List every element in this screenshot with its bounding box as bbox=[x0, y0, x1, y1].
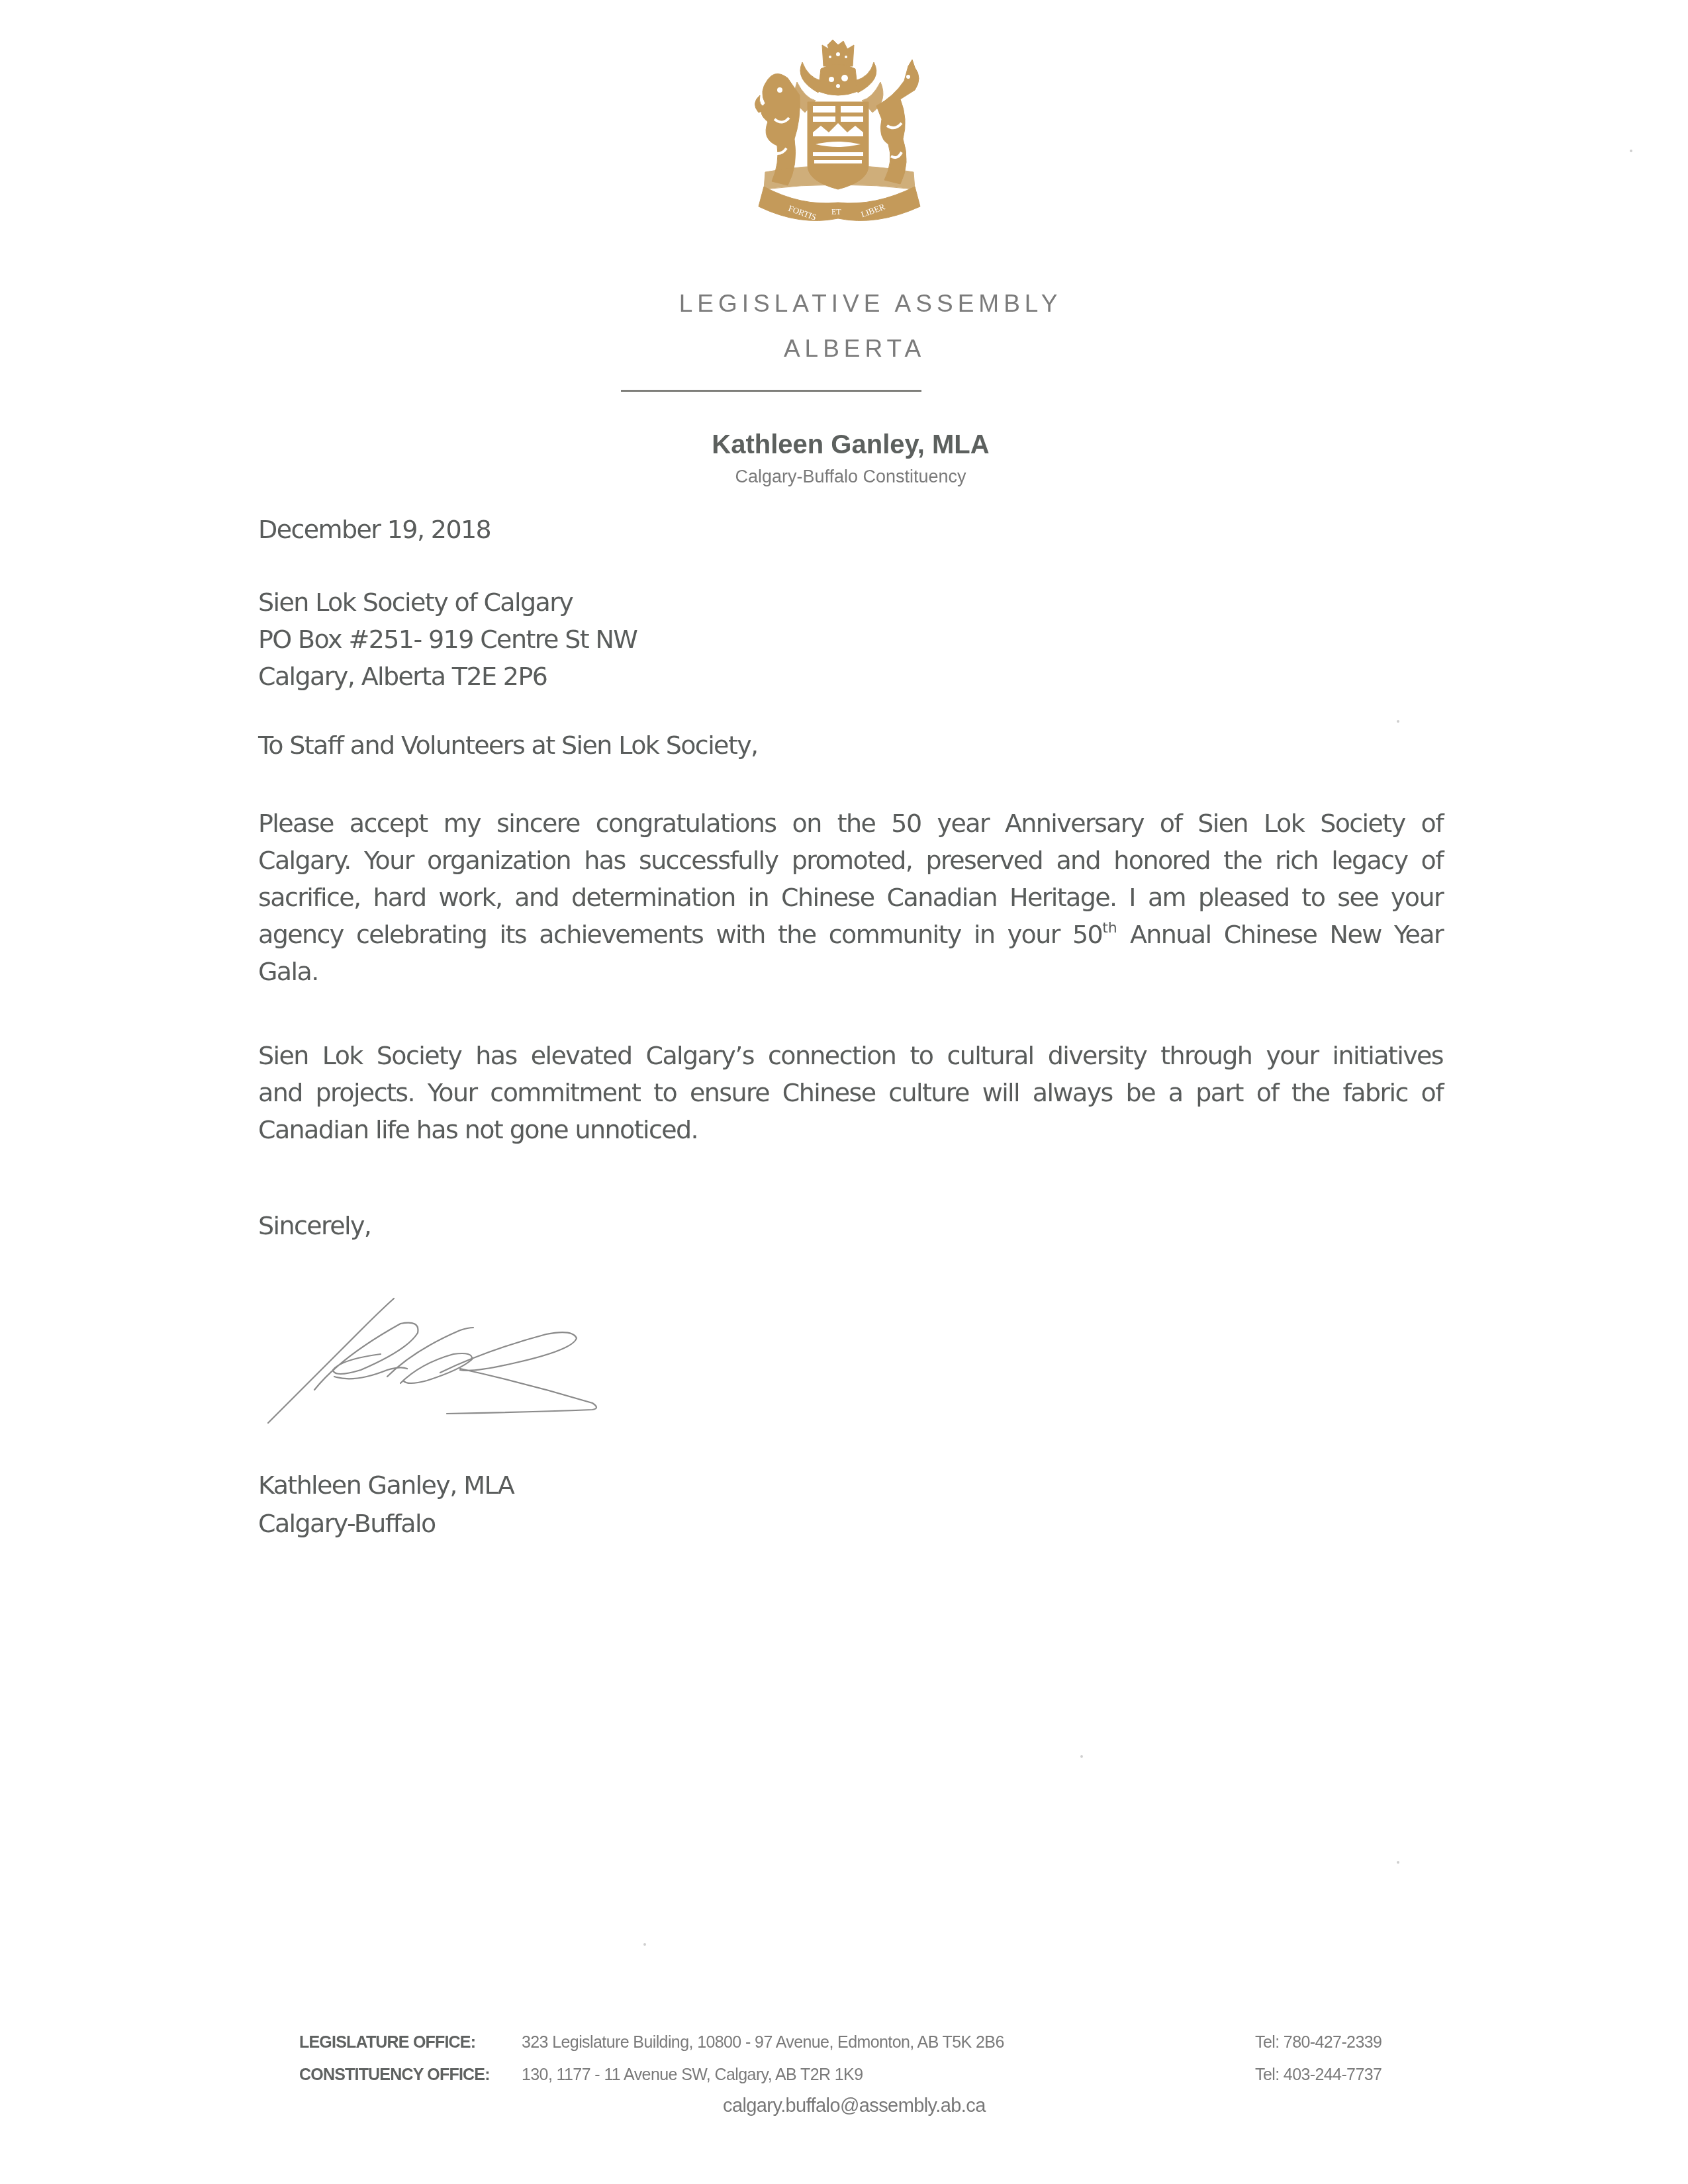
body-paragraph-2: Sien Lok Society has elevated Calgary’s … bbox=[258, 1037, 1443, 1148]
paragraph-line: Please accept my sincere congratulations… bbox=[258, 805, 1443, 842]
legislature-office-phone: Tel: 780-427-2339 bbox=[1255, 2033, 1382, 2052]
letterhead-mla-name: Kathleen Ganley, MLA bbox=[0, 430, 1688, 460]
recipient-address: Sien Lok Society of Calgary PO Box #251-… bbox=[258, 584, 1443, 695]
province-title: ALBERTA bbox=[0, 335, 1688, 363]
assembly-title: LEGISLATIVE ASSEMBLY bbox=[0, 290, 1688, 318]
office-email-link[interactable]: calgary.buffalo@assembly.ab.ca bbox=[723, 2095, 986, 2117]
legislature-office-label: LEGISLATURE OFFICE: bbox=[299, 2033, 475, 2052]
scan-speck bbox=[1080, 1755, 1083, 1758]
signer-block: Kathleen Ganley, MLA Calgary-Buffalo bbox=[258, 1466, 1443, 1543]
scan-speck bbox=[643, 1943, 646, 1946]
constituency-office-address: 130, 1177 - 11 Avenue SW, Calgary, AB T2… bbox=[522, 2066, 863, 2085]
paragraph-line: Gala. bbox=[258, 953, 1443, 990]
body-paragraph-1: Please accept my sincere congratulations… bbox=[258, 805, 1443, 990]
paragraph-line: and projects. Your commitment to ensure … bbox=[258, 1074, 1443, 1111]
alberta-coat-of-arms-icon: FORTIS ET LIBER bbox=[741, 40, 940, 225]
recipient-line: Sien Lok Society of Calgary bbox=[258, 584, 1443, 621]
handwritten-signature-icon bbox=[261, 1291, 672, 1443]
salutation: To Staff and Volunteers at Sien Lok Soci… bbox=[258, 731, 1443, 760]
recipient-line: PO Box #251- 919 Centre St NW bbox=[258, 621, 1443, 658]
line-text: agency celebrating its achievements with… bbox=[258, 920, 1102, 949]
paragraph-line: agency celebrating its achievements with… bbox=[258, 916, 1443, 953]
signer-name: Kathleen Ganley, MLA bbox=[258, 1466, 1443, 1504]
recipient-line: Calgary, Alberta T2E 2P6 bbox=[258, 658, 1443, 695]
closing: Sincerely, bbox=[258, 1211, 1443, 1240]
paragraph-line: Sien Lok Society has elevated Calgary’s … bbox=[258, 1037, 1443, 1074]
legislature-office-address: 323 Legislature Building, 10800 - 97 Ave… bbox=[522, 2033, 1004, 2052]
constituency-office-label: CONSTITUENCY OFFICE: bbox=[299, 2066, 490, 2085]
svg-text:ET: ET bbox=[831, 207, 841, 216]
line-text: Annual Chinese New Year bbox=[1117, 920, 1443, 949]
letterhead-constituency: Calgary-Buffalo Constituency bbox=[0, 467, 1688, 487]
scan-speck bbox=[1397, 1861, 1399, 1864]
header-divider bbox=[621, 390, 921, 392]
ordinal-suffix: th bbox=[1102, 920, 1117, 936]
paragraph-line: sacrifice, hard work, and determination … bbox=[258, 879, 1443, 916]
scan-speck bbox=[1397, 720, 1399, 723]
constituency-office-phone: Tel: 403-244-7737 bbox=[1255, 2066, 1382, 2085]
scan-speck bbox=[1630, 150, 1632, 152]
paragraph-line: Canadian life has not gone unnoticed. bbox=[258, 1111, 1443, 1148]
paragraph-line: Calgary. Your organization has successfu… bbox=[258, 842, 1443, 879]
signer-riding: Calgary-Buffalo bbox=[258, 1504, 1443, 1543]
letter-date: December 19, 2018 bbox=[258, 515, 1443, 544]
